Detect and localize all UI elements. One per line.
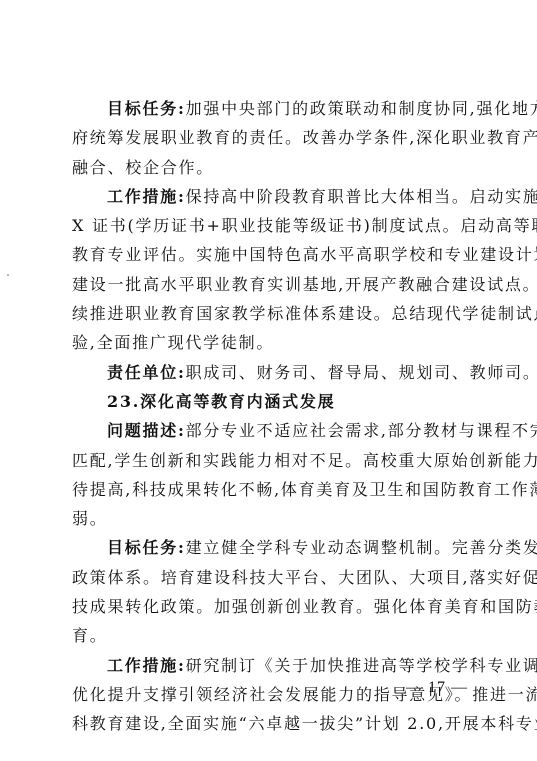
paragraph-text: 部分专业不适应社会需求,部分教材与课程不完全 <box>186 421 537 440</box>
paragraph-line: 待提高,科技成果转化不畅,体育美育及卫生和国防教育工作薄 <box>72 475 464 504</box>
paragraph-label: 工作措施: <box>107 187 186 206</box>
paragraph-line: 续推进职业教育国家教学标准体系建设。总结现代学徒制试点经 <box>72 299 464 328</box>
paragraph-text: 保持高中阶段教育职普比大体相当。启动实施 1+ <box>186 187 537 206</box>
paragraph-line: 政策体系。培育建设科技大平台、大团队、大项目,落实好促进科 <box>72 563 464 592</box>
paragraph-line: 教育专业评估。实施中国特色高水平高职学校和专业建设计划。 <box>72 240 464 269</box>
paragraph-line: 建设一批高水平职业教育实训基地,开展产教融合建设试点。继 <box>72 270 464 299</box>
paragraph-line: 工作措施:保持高中阶段教育职普比大体相当。启动实施 1+ <box>72 182 464 211</box>
paragraph-label: 问题描述: <box>107 421 186 440</box>
document-page: 目标任务:加强中央部门的政策联动和制度协同,强化地方政 府统筹发展职业教育的责任… <box>72 94 464 739</box>
paragraph-label: 目标任务: <box>107 99 186 118</box>
paragraph-line: 目标任务:加强中央部门的政策联动和制度协同,强化地方政 <box>72 94 464 123</box>
paragraph-line: 科教育建设,全面实施“六卓越一拔尖”计划 2.0,开展本科专业三 <box>72 709 464 738</box>
scan-speck <box>7 274 9 276</box>
paragraph-line: 问题描述:部分专业不适应社会需求,部分教材与课程不完全 <box>72 416 464 445</box>
paragraph-line: 责任单位:职成司、财务司、督导局、规划司、教师司。 <box>72 358 464 387</box>
paragraph-line: 工作措施:研究制订《关于加快推进高等学校学科专业调整 <box>72 651 464 680</box>
paragraph-text: 职成司、财务司、督导局、规划司、教师司。 <box>186 363 537 382</box>
paragraph-line: 验,全面推广现代学徒制。 <box>72 328 464 357</box>
paragraph-label: 工作措施: <box>107 656 186 675</box>
paragraph-label: 目标任务: <box>107 538 186 557</box>
paragraph-text: 加强中央部门的政策联动和制度协同,强化地方政 <box>186 99 537 118</box>
paragraph-label: 责任单位: <box>107 363 186 382</box>
paragraph-line: 育。 <box>72 621 464 650</box>
paragraph-line: 目标任务:建立健全学科专业动态调整机制。完善分类发展 <box>72 533 464 562</box>
paragraph-line: 技成果转化政策。加强创新创业教育。强化体育美育和国防教 <box>72 592 464 621</box>
paragraph-line: 融合、校企合作。 <box>72 153 464 182</box>
paragraph-line: X 证书(学历证书+职业技能等级证书)制度试点。启动高等职业 <box>72 211 464 240</box>
paragraph-text: 研究制订《关于加快推进高等学校学科专业调整 <box>186 656 537 675</box>
section-heading: 23.深化高等教育内涵式发展 <box>72 387 464 416</box>
paragraph-line: 匹配,学生创新和实践能力相对不足。高校重大原始创新能力有 <box>72 446 464 475</box>
paragraph-line: 弱。 <box>72 504 464 533</box>
paragraph-text: 建立健全学科专业动态调整机制。完善分类发展 <box>186 538 537 557</box>
paragraph-line: 府统筹发展职业教育的责任。改善办学条件,深化职业教育产教 <box>72 123 464 152</box>
page-number: — 17 — <box>406 678 468 698</box>
